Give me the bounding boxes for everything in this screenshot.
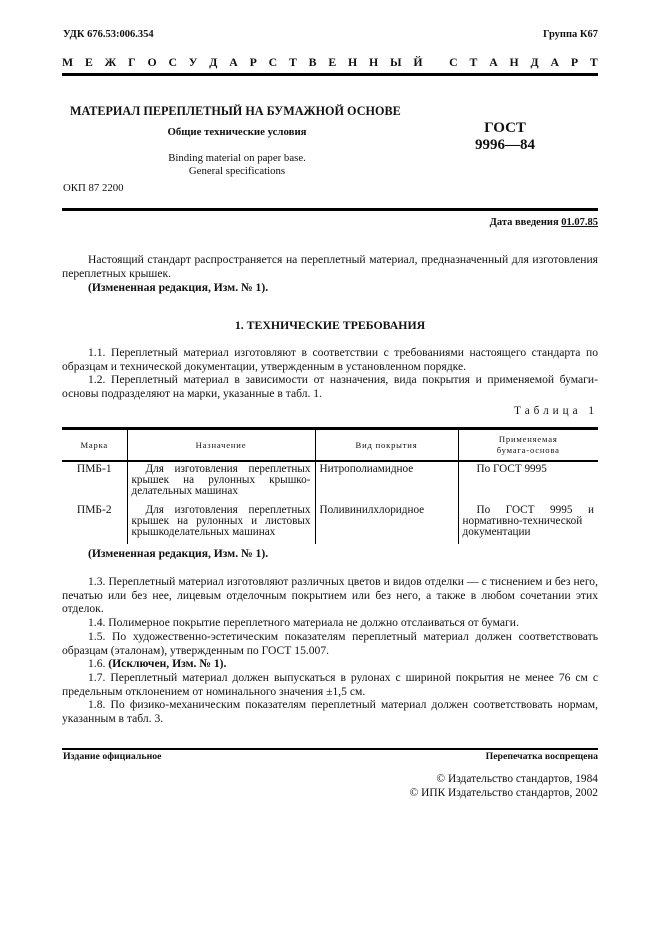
paragraph-1-3: 1.3. Переплетный материал изготовляют ра… xyxy=(62,575,598,616)
banner-letter: Й xyxy=(413,55,422,70)
introduction-date: Дата введения 01.07.85 xyxy=(490,217,598,228)
banner-letter: А xyxy=(550,55,559,70)
paragraph-1-6: 1.6. (Исключен, Изм. № 1). xyxy=(62,657,624,671)
banner-letter: Т xyxy=(470,55,478,70)
gost-number: 9996—84 xyxy=(470,137,540,154)
table-cell-mark: ПМБ-1 xyxy=(62,461,127,503)
paragraph-1-5: 1.5. По художественно-эстетическим показ… xyxy=(62,630,598,657)
copyright-line: © Издательство стандартов, 1984 xyxy=(410,773,598,787)
table-header-cell: Марка xyxy=(62,429,127,462)
banner-letter: С xyxy=(168,55,177,70)
banner-letter: Т xyxy=(590,55,598,70)
table-row: ПМБ-2 Для изготовления переплетных крыше… xyxy=(62,503,598,544)
table-header-cell: Применяемаябумага-основа xyxy=(458,429,598,462)
table-row: ПМБ-1 Для изготовления переплетных крыше… xyxy=(62,461,598,503)
banner-letter: А xyxy=(489,55,498,70)
banner-letter: Р xyxy=(571,55,578,70)
gost-label: ГОСТ xyxy=(470,120,540,137)
section-title: 1. ТЕХНИЧЕСКИЕ ТРЕБОВАНИЯ xyxy=(62,318,598,333)
paragraph-1-1: 1.1. Переплетный материал изготовляют в … xyxy=(62,346,598,373)
banner-letter: А xyxy=(229,55,238,70)
intro-amendment: (Измененная редакция, Изм. № 1). xyxy=(62,281,624,295)
table-cell-coating: Нитрополиамидное xyxy=(315,461,458,503)
group-code: Группа К67 xyxy=(543,29,598,40)
table-amendment: (Измененная редакция, Изм. № 1). xyxy=(62,547,624,561)
official-edition-label: Издание официальное xyxy=(63,751,162,762)
udk-code: УДК 676.53:006.354 xyxy=(63,29,154,40)
banner-letter: Д xyxy=(531,55,539,70)
table-header-row: Марка Назначение Вид покрытия Применяема… xyxy=(62,429,598,462)
table-cell-base-paper: По ГОСТ 9995 и нормативно-технической до… xyxy=(458,503,598,544)
okp-code: ОКП 87 2200 xyxy=(63,182,124,194)
document-title: МАТЕРИАЛ ПЕРЕПЛЕТНЫЙ НА БУМАЖНОЙ ОСНОВЕ xyxy=(70,104,401,119)
introduction-date-value: 01.07.85 xyxy=(561,217,598,228)
banner-letter: Р xyxy=(250,55,257,70)
table-cell-mark: ПМБ-2 xyxy=(62,503,127,544)
banner-letter: У xyxy=(189,55,198,70)
english-title: Binding material on paper base. General … xyxy=(152,152,322,177)
english-title-line1: Binding material on paper base. xyxy=(152,152,322,165)
paragraph-1-8: 1.8. По физико-механическим показателям … xyxy=(62,698,598,725)
banner-letter: Г xyxy=(128,55,136,70)
gost-designation: ГОСТ 9996—84 xyxy=(470,120,540,154)
banner-letter: Д xyxy=(209,55,217,70)
table-cell-base-paper: По ГОСТ 9995 xyxy=(458,461,598,503)
copyright-line: © ИПК Издательство стандартов, 2002 xyxy=(410,787,598,801)
banner-letter: М xyxy=(62,55,73,70)
table-cell-coating: Поливинилхлоридное xyxy=(315,503,458,544)
banner-letter: С xyxy=(449,55,458,70)
banner-letter: Ж xyxy=(105,55,117,70)
banner-letter: В xyxy=(309,55,317,70)
footer-rule xyxy=(62,748,598,750)
paragraph-1-4: 1.4. Полимерное покрытие переплетного ма… xyxy=(62,616,598,630)
table-cell-purpose: Для изготовления переплетных крышек на р… xyxy=(127,503,315,544)
banner-letter: Т xyxy=(289,55,297,70)
copyright-block: © Издательство стандартов, 1984 © ИПК Из… xyxy=(410,773,598,800)
paragraph-1-2: 1.2. Переплетный материал в зависимости … xyxy=(62,373,598,400)
banner-letter: Ы xyxy=(390,55,402,70)
intro-paragraph: Настоящий стандарт распространяется на п… xyxy=(62,253,598,280)
banner-letter: Е xyxy=(328,55,336,70)
banner-letter xyxy=(434,55,437,70)
table-caption: Таблица 1 xyxy=(514,405,598,417)
banner-letter: Н xyxy=(369,55,378,70)
introduction-date-label: Дата введения xyxy=(490,217,562,228)
title-rule xyxy=(62,208,598,211)
banner-letter: Н xyxy=(348,55,357,70)
paragraph-1-6-number: 1.6. xyxy=(88,657,108,670)
document-subtitle: Общие технические условия xyxy=(162,126,312,138)
header-rule xyxy=(62,73,598,76)
table-1: Марка Назначение Вид покрытия Применяема… xyxy=(62,427,598,544)
banner-letter: С xyxy=(269,55,278,70)
banner-letter: О xyxy=(147,55,156,70)
table-header-cell: Вид покрытия xyxy=(315,429,458,462)
paragraph-1-7: 1.7. Переплетный материал должен выпуска… xyxy=(62,671,598,698)
header-line: бумага-основа xyxy=(463,445,595,456)
banner-letter: Н xyxy=(510,55,519,70)
interstate-standard-banner: МЕЖГОСУДАРСТВЕННЫЙ СТАНДАРТ xyxy=(62,55,598,70)
table-cell-purpose: Для изготовления переплетных крышек на р… xyxy=(127,461,315,503)
paragraph-1-6-text: (Исключен, Изм. № 1). xyxy=(108,657,226,670)
header-line: Применяемая xyxy=(463,434,595,445)
table-header-cell: Назначение xyxy=(127,429,315,462)
english-title-line2: General specifications xyxy=(152,165,322,178)
reprint-prohibited-label: Перепечатка воспрещена xyxy=(486,751,598,762)
banner-letter: Е xyxy=(85,55,93,70)
